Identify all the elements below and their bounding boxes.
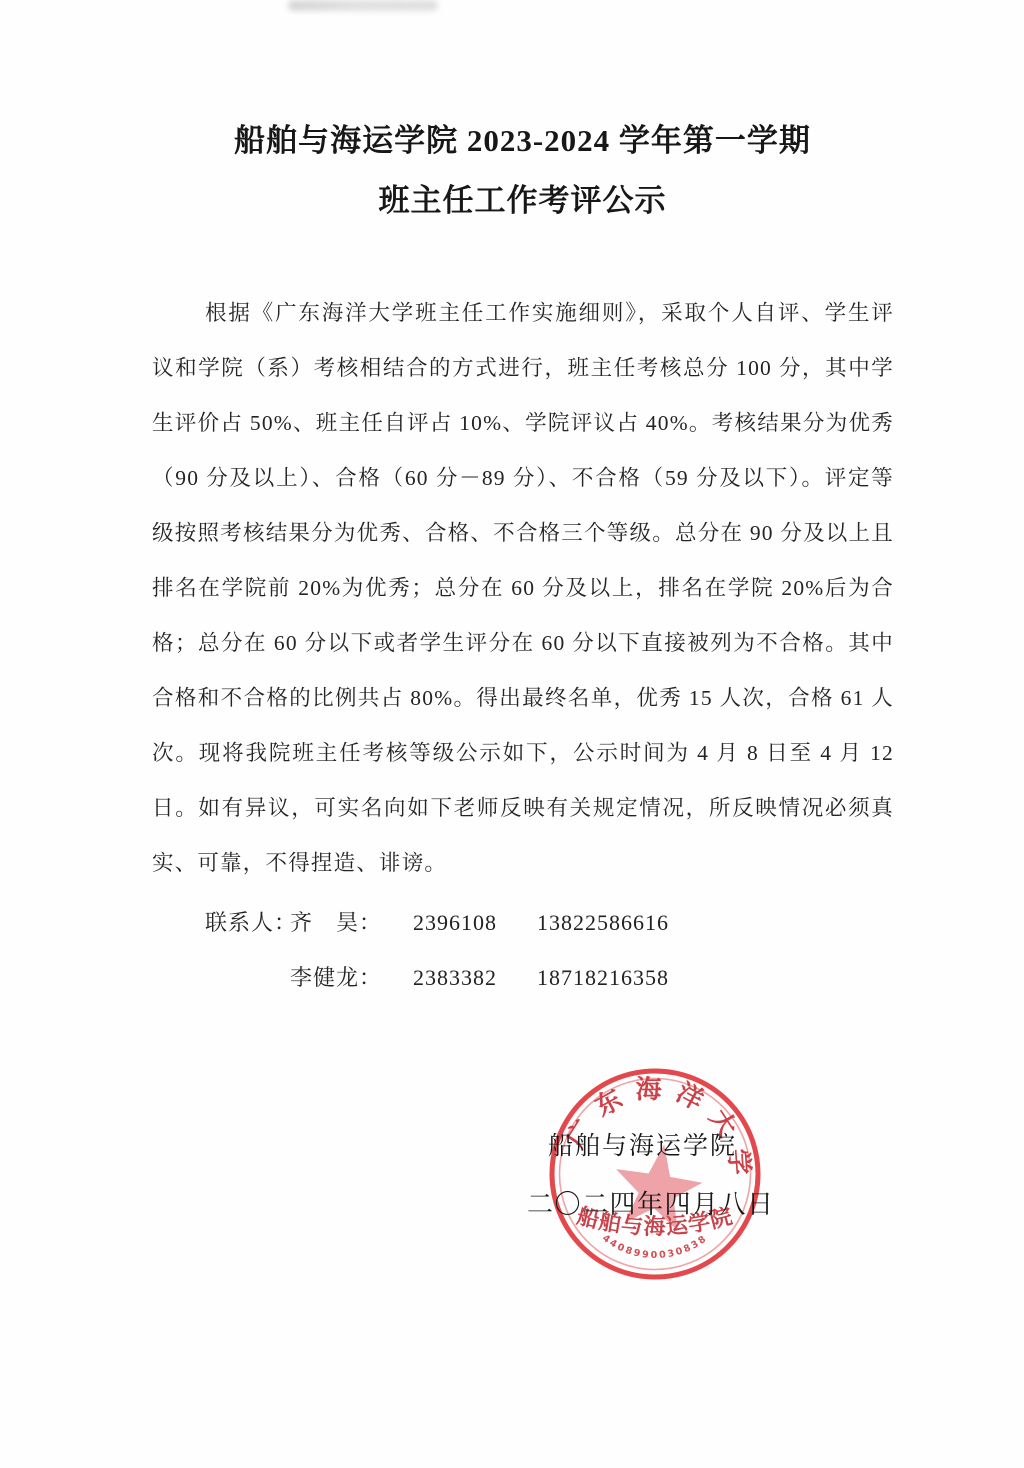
contact-name: 李健龙： [290, 950, 413, 1005]
contact-office-phone: 2396108 [413, 895, 537, 950]
page-title-line1: 船舶与海运学院 2023-2024 学年第一学期 [150, 111, 895, 171]
title-block: 船舶与海运学院 2023-2024 学年第一学期 班主任工作考评公示 [150, 111, 895, 231]
contact-office-phone: 2383382 [413, 950, 537, 1005]
page-title-line2: 班主任工作考评公示 [150, 171, 895, 231]
contacts-label-spacer [205, 950, 290, 1005]
contact-mobile-phone: 18718216358 [537, 950, 669, 1005]
contacts-block: 联系人： 齐 昊： 2396108 13822586616 李健龙： 23833… [205, 895, 669, 1005]
official-seal: 广东海洋大学 船舶与海运学院 4408990030838 [545, 1064, 765, 1284]
document-page: 船舶与海运学院 2023-2024 学年第一学期 班主任工作考评公示 根据《广东… [0, 0, 1024, 1468]
signature-organization: 船舶与海运学院 [548, 1126, 737, 1162]
contacts-label: 联系人： [205, 895, 290, 950]
signature-date: 二〇二四年四月八日 [527, 1184, 775, 1221]
contact-mobile-phone: 13822586616 [537, 895, 669, 950]
contact-row: 李健龙： 2383382 18718216358 [205, 950, 669, 1005]
scan-artifact [288, 0, 438, 11]
body-paragraph: 根据《广东海洋大学班主任工作实施细则》，采取个人自评、学生评议和学院（系）考核相… [152, 286, 894, 891]
contact-name: 齐 昊： [290, 895, 413, 950]
contact-row: 联系人： 齐 昊： 2396108 13822586616 [205, 895, 669, 950]
